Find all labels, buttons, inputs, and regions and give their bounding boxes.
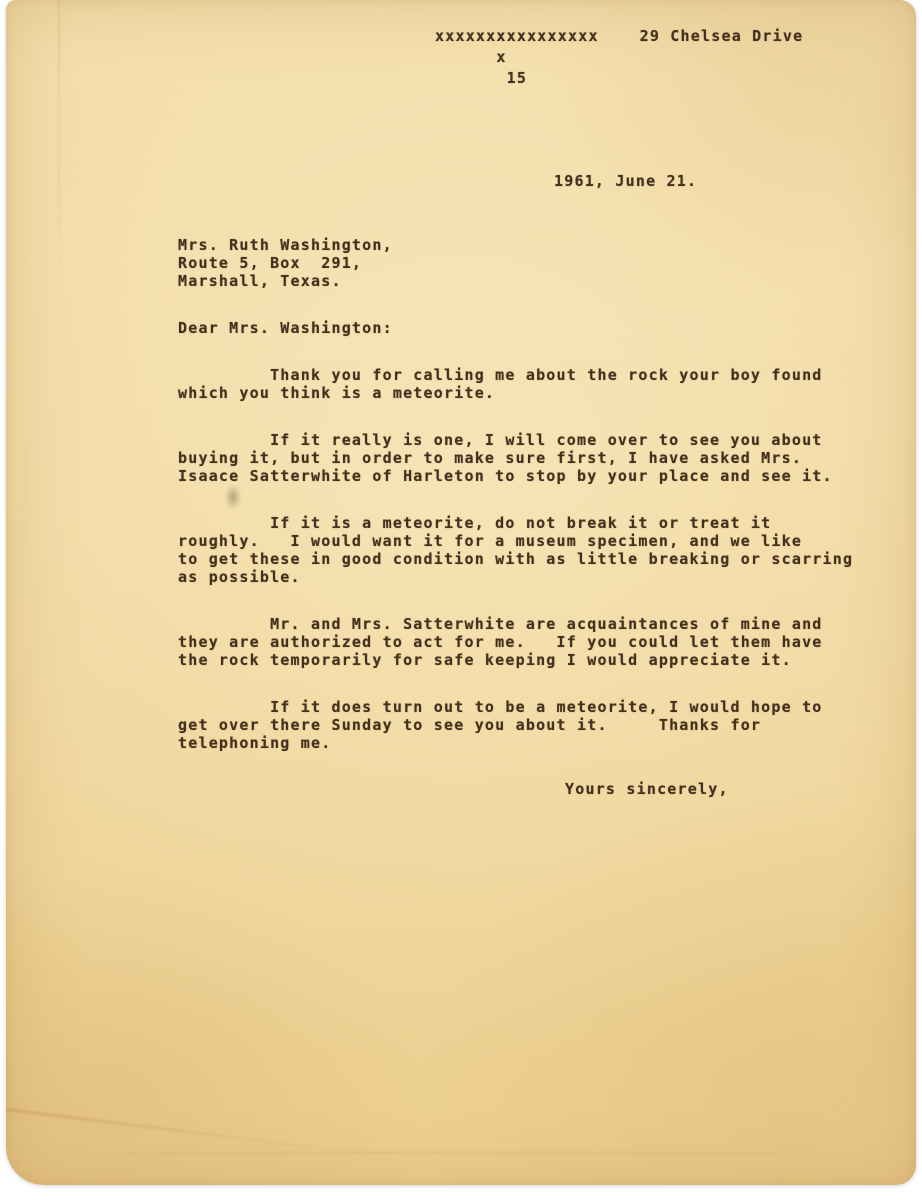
typed-line: If it is a meteorite, do not break it or… <box>178 514 890 532</box>
typed-line: Mrs. Ruth Washington, <box>178 236 890 254</box>
letter-paragraph: If it does turn out to be a meteorite, I… <box>178 698 890 752</box>
typed-line: which you think is a meteorite. <box>178 384 890 402</box>
typed-line: If it does turn out to be a meteorite, I… <box>178 698 890 716</box>
closing-salutation: Yours sincerely, <box>565 780 890 798</box>
letter-paragraph: If it really is one, I will come over to… <box>178 431 890 485</box>
typed-line: get over there Sunday to see you about i… <box>178 716 890 734</box>
typed-line: Isaace Satterwhite of Harleton to stop b… <box>178 467 890 485</box>
date-line: 1961, June 21. <box>554 172 697 190</box>
typed-line: as possible. <box>178 568 890 586</box>
letter-paragraph: If it is a meteorite, do not break it or… <box>178 514 890 586</box>
letter-paragraph: Mr. and Mrs. Satterwhite are acquaintanc… <box>178 615 890 669</box>
typed-line: Marshall, Texas. <box>178 272 890 290</box>
salutation: Dear Mrs. Washington: <box>178 319 890 337</box>
typed-line: buying it, but in order to make sure fir… <box>178 449 890 467</box>
typed-line: they are authorized to act for me. If yo… <box>178 633 890 651</box>
paper-crease <box>6 1108 364 1155</box>
letterhead-crossed-out-address: xxxxxxxxxxxxxxxx 29 Chelsea Drive x 15 <box>435 26 803 89</box>
typed-line: 15 <box>435 68 803 89</box>
typed-line: to get these in good condition with as l… <box>178 550 890 568</box>
typed-line: telephoning me. <box>178 734 890 752</box>
letter-body: Mrs. Ruth Washington,Route 5, Box 291,Ma… <box>178 236 890 798</box>
typed-line: x <box>435 47 803 68</box>
typed-line: Route 5, Box 291, <box>178 254 890 272</box>
typed-line: Mr. and Mrs. Satterwhite are acquaintanc… <box>178 615 890 633</box>
typed-line: xxxxxxxxxxxxxxxx 29 Chelsea Drive <box>435 26 803 47</box>
typed-line: roughly. I would want it for a museum sp… <box>178 532 890 550</box>
paper-crease <box>26 1152 886 1154</box>
typed-line: If it really is one, I will come over to… <box>178 431 890 449</box>
typed-line: Thank you for calling me about the rock … <box>178 366 890 384</box>
letter-paragraph: Thank you for calling me about the rock … <box>178 366 890 402</box>
typed-line: the rock temporarily for safe keeping I … <box>178 651 890 669</box>
paper-crease <box>58 0 60 330</box>
recipient-address: Mrs. Ruth Washington,Route 5, Box 291,Ma… <box>178 236 890 290</box>
